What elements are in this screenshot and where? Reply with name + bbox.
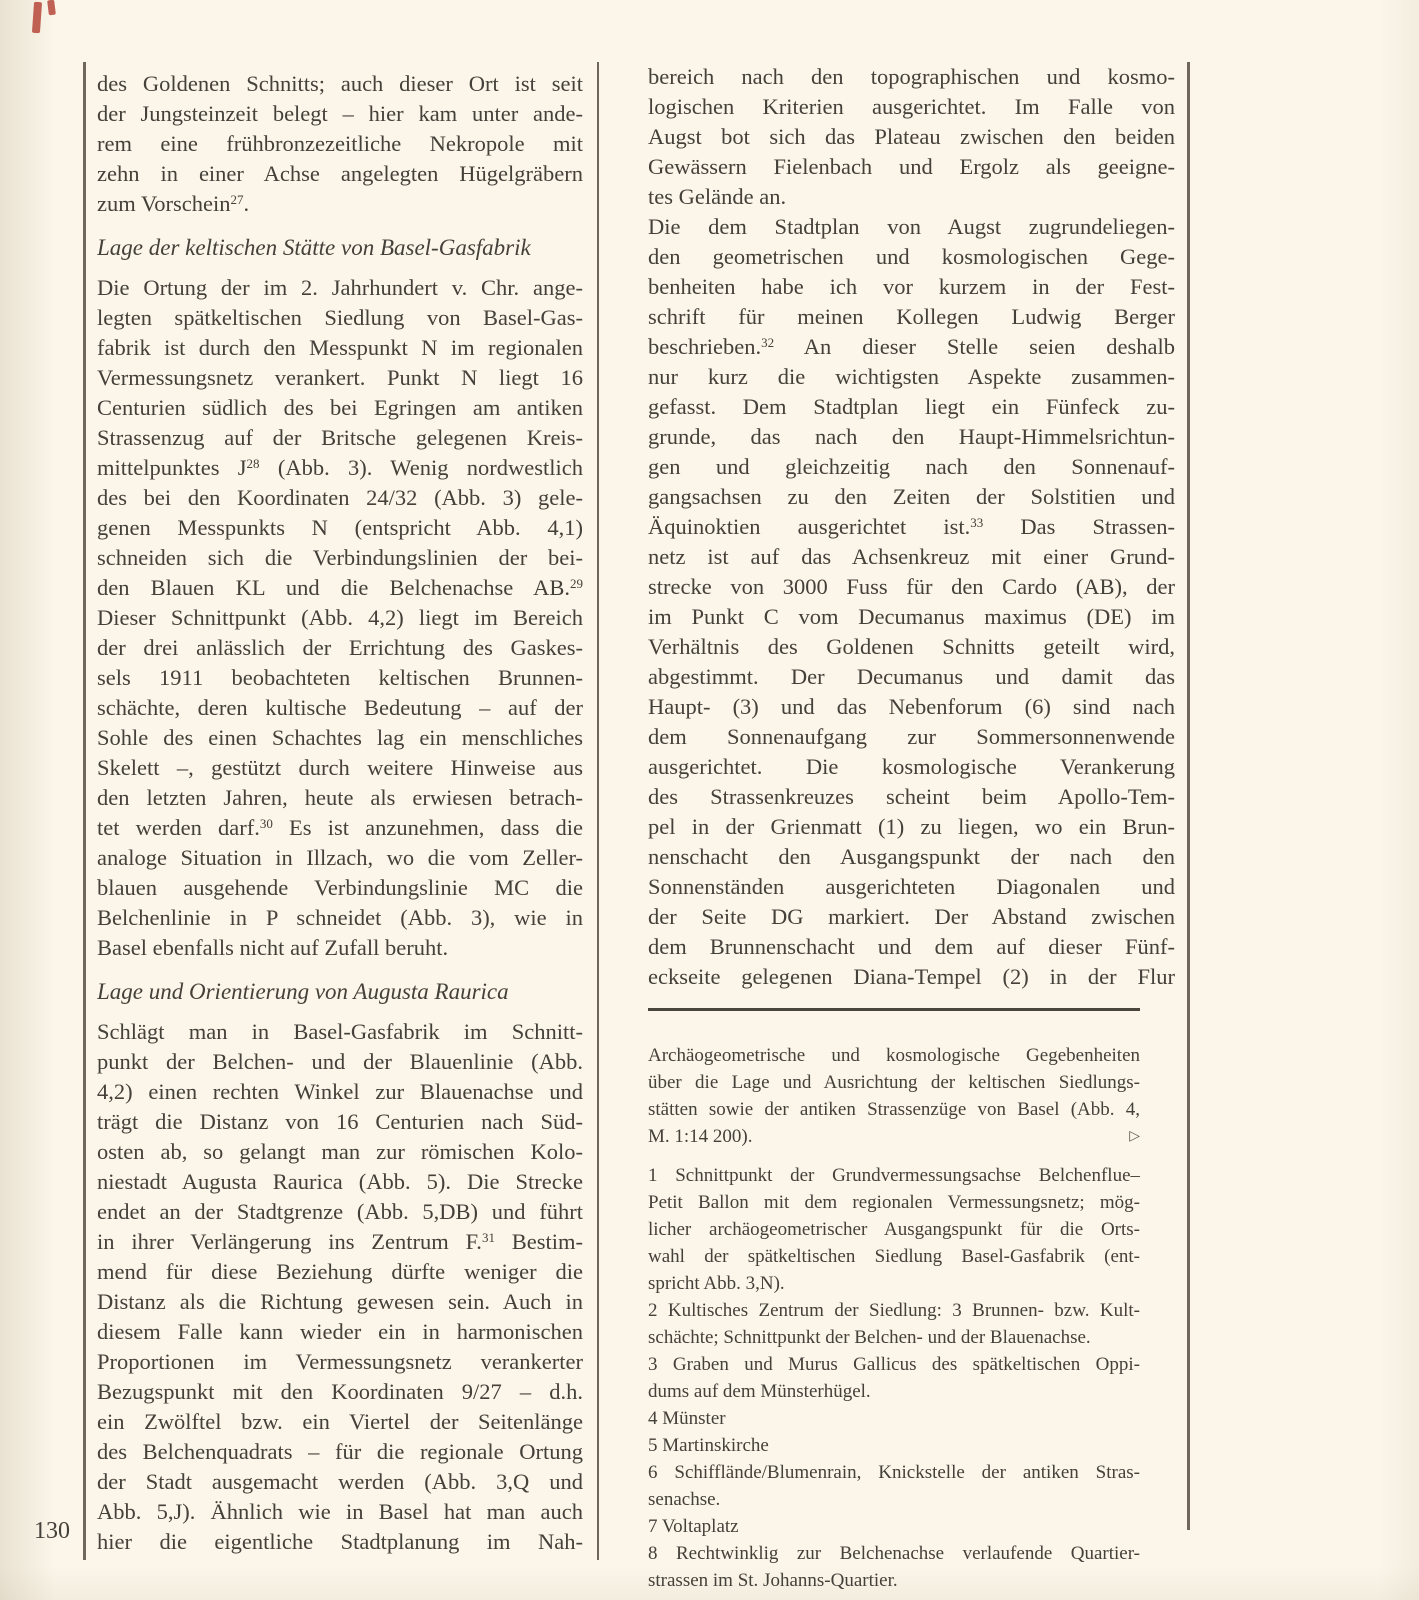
text-line: niestadt Augusta Raurica (Abb. 5). Die S… xyxy=(97,1167,583,1197)
left-margin-rule xyxy=(83,62,86,1560)
book-page: 130 des Goldenen Schnitts; auch dieser O… xyxy=(0,0,1419,1600)
text-line: spricht Abb. 3,N). xyxy=(648,1270,1140,1297)
text-line: genen Messpunkts N (entspricht Abb. 4,1) xyxy=(97,513,583,543)
text-line: Die Ortung der im 2. Jahrhundert v. Chr.… xyxy=(97,273,583,303)
figure-legend: 1 Schnittpunkt der Grundvermessungsachse… xyxy=(648,1162,1175,1594)
text-line: abgestimmt. Der Decumanus und damit das xyxy=(648,662,1175,692)
paragraph: Schlägt man in Basel-Gasfabrik im Schnit… xyxy=(97,1017,583,1557)
text-line: Proportionen im Vermessungsnetz veranker… xyxy=(97,1347,583,1377)
text-line: punkt der Belchen- und der Blauenlinie (… xyxy=(97,1047,583,1077)
text-line: endet an der Stadtgrenze (Abb. 5,DB) und… xyxy=(97,1197,583,1227)
red-pen-mark xyxy=(32,2,42,33)
text-line: 4 Münster xyxy=(648,1405,1140,1432)
text-line: Basel ebenfalls nicht auf Zufall beruht. xyxy=(97,933,583,963)
text-line: Schlägt man in Basel-Gasfabrik im Schnit… xyxy=(97,1017,583,1047)
text-line: tet werden darf.30 Es ist anzunehmen, da… xyxy=(97,813,583,843)
text-line: über die Lage und Ausrichtung der keltis… xyxy=(648,1069,1140,1096)
text-line: ▷M. 1:14 200). xyxy=(648,1123,1140,1150)
text-line: 7 Voltaplatz xyxy=(648,1513,1140,1540)
text-line: der Jungsteinzeit belegt – hier kam unte… xyxy=(97,99,583,129)
text-line: benheiten habe ich vor kurzem in der Fes… xyxy=(648,272,1175,302)
text-line: tes Gelände an. xyxy=(648,182,1175,212)
text-line: dums auf dem Münsterhügel. xyxy=(648,1378,1140,1405)
text-line: dem Sonnenaufgang zur Sommersonnenwende xyxy=(648,722,1175,752)
text-line: zum Vorschein27. xyxy=(97,189,583,219)
text-line: den Blauen KL und die Belchenachse AB.29 xyxy=(97,573,583,603)
paragraph: bereich nach den topographischen und kos… xyxy=(648,62,1175,212)
text-line: logischen Kriterien ausgerichtet. Im Fal… xyxy=(648,92,1175,122)
text-line: analoge Situation in Illzach, wo die vom… xyxy=(97,843,583,873)
text-line: den geometrischen und kosmologischen Geg… xyxy=(648,242,1175,272)
section-heading: Lage der keltischen Stätte von Basel-Gas… xyxy=(97,233,583,263)
text-line: nur kurz die wichtigsten Aspekte zusamme… xyxy=(648,362,1175,392)
paragraph: des Goldenen Schnitts; auch dieser Ort i… xyxy=(97,69,583,219)
text-line: gangsachsen zu den Zeiten der Solstitien… xyxy=(648,482,1175,512)
text-line: des bei den Koordinaten 24/32 (Abb. 3) g… xyxy=(97,483,583,513)
text-line: 8 Rechtwinklig zur Belchenachse verlaufe… xyxy=(648,1540,1140,1567)
text-line: Äquinoktien ausgerichtet ist.33 Das Stra… xyxy=(648,512,1175,542)
text-line: wahl der spätkeltischen Siedlung Basel-G… xyxy=(648,1243,1140,1270)
text-line: Lage der keltischen Stätte von Basel-Gas… xyxy=(97,233,583,263)
text-line: im Punkt C vom Decumanus maximus (DE) im xyxy=(648,602,1175,632)
text-line: 3 Graben und Murus Gallicus des spätkelt… xyxy=(648,1351,1140,1378)
text-line: trägt die Distanz von 16 Centurien nach … xyxy=(97,1107,583,1137)
text-line: rem eine frühbronzezeitliche Nekropole m… xyxy=(97,129,583,159)
right-margin-rule xyxy=(1187,62,1190,1530)
text-line: zehn in einer Achse angelegten Hügelgräb… xyxy=(97,159,583,189)
text-line: schneiden sich die Verbindungslinien der… xyxy=(97,543,583,573)
paragraph: Die dem Stadtplan von Augst zugrundelieg… xyxy=(648,212,1175,992)
text-line: Die dem Stadtplan von Augst zugrundelieg… xyxy=(648,212,1175,242)
text-line: 2 Kultisches Zentrum der Siedlung: 3 Bru… xyxy=(648,1297,1140,1324)
text-line: Sohle des einen Schachtes lag ein mensch… xyxy=(97,723,583,753)
figure-divider xyxy=(648,1008,1140,1011)
text-line: dem Brunnenschacht und dem auf dieser Fü… xyxy=(648,932,1175,962)
text-line: ausgerichtet. Die kosmologische Veranker… xyxy=(648,752,1175,782)
text-line: den letzten Jahren, heute als erwiesen b… xyxy=(97,783,583,813)
text-line: Abb. 5,J). Ähnlich wie in Basel hat man … xyxy=(97,1497,583,1527)
text-line: Gewässern Fielenbach und Ergolz als geei… xyxy=(648,152,1175,182)
red-pen-mark xyxy=(47,0,56,15)
text-line: schrift für meinen Kollegen Ludwig Berge… xyxy=(648,302,1175,332)
text-line: Belchenlinie in P schneidet (Abb. 3), wi… xyxy=(97,903,583,933)
text-line: Sonnenständen ausgerichteten Diagonalen … xyxy=(648,872,1175,902)
text-line: stätten sowie der antiken Strassenzüge v… xyxy=(648,1096,1140,1123)
text-line: Distanz als die Richtung gewesen sein. A… xyxy=(97,1287,583,1317)
text-line: grunde, das nach den Haupt-Himmelsrichtu… xyxy=(648,422,1175,452)
text-line: bereich nach den topographischen und kos… xyxy=(648,62,1175,92)
text-line: senachse. xyxy=(648,1486,1140,1513)
text-line: Vermessungsnetz verankert. Punkt N liegt… xyxy=(97,363,583,393)
text-line: Centurien südlich des bei Egringen am an… xyxy=(97,393,583,423)
text-line: des Strassenkreuzes scheint beim Apollo-… xyxy=(648,782,1175,812)
text-line: gefasst. Dem Stadtplan liegt ein Fünfeck… xyxy=(648,392,1175,422)
page-number: 130 xyxy=(24,1516,70,1546)
text-line: Haupt- (3) und das Nebenforum (6) sind n… xyxy=(648,692,1175,722)
paragraph: Die Ortung der im 2. Jahrhundert v. Chr.… xyxy=(97,273,583,963)
text-line: mittelpunktes J28 (Abb. 3). Wenig nordwe… xyxy=(97,453,583,483)
right-text-column: bereich nach den topographischen und kos… xyxy=(648,62,1175,1594)
text-line: der Seite DG markiert. Der Abstand zwisc… xyxy=(648,902,1175,932)
text-line: Archäogeometrische und kosmologische Geg… xyxy=(648,1042,1140,1069)
column-divider-rule xyxy=(597,62,599,1560)
text-line: hier die eigentliche Stadtplanung im Nah… xyxy=(97,1527,583,1557)
text-line: Bezugspunkt mit den Koordinaten 9/27 – d… xyxy=(97,1377,583,1407)
text-line: diesem Falle kann wieder ein in harmonis… xyxy=(97,1317,583,1347)
figure-caption: Archäogeometrische und kosmologische Geg… xyxy=(648,1042,1175,1150)
text-line: Dieser Schnittpunkt (Abb. 4,2) liegt im … xyxy=(97,603,583,633)
text-line: Lage und Orientierung von Augusta Rauric… xyxy=(97,977,583,1007)
text-line: 5 Martinskirche xyxy=(648,1432,1140,1459)
text-line: mend für diese Beziehung dürfte weniger … xyxy=(97,1257,583,1287)
text-line: 1 Schnittpunkt der Grundvermessungsachse… xyxy=(648,1162,1140,1189)
text-line: Augst bot sich das Plateau zwischen den … xyxy=(648,122,1175,152)
text-line: licher archäogeometrischer Ausgangspunkt… xyxy=(648,1216,1140,1243)
text-line: der Stadt ausgemacht werden (Abb. 3,Q un… xyxy=(97,1467,583,1497)
text-line: gen und gleichzeitig nach den Sonnenauf- xyxy=(648,452,1175,482)
text-line: sels 1911 beobachteten keltischen Brunne… xyxy=(97,663,583,693)
text-line: Skelett –, gestützt durch weitere Hinwei… xyxy=(97,753,583,783)
text-line: nenschacht den Ausgangspunkt der nach de… xyxy=(648,842,1175,872)
text-line: blauen ausgehende Verbindungslinie MC di… xyxy=(97,873,583,903)
text-line: Strassenzug auf der Britsche gelegenen K… xyxy=(97,423,583,453)
caption-continuation-triangle: ▷ xyxy=(1129,1123,1140,1150)
text-line: beschrieben.32 An dieser Stelle seien de… xyxy=(648,332,1175,362)
text-line: schächte; Schnittpunkt der Belchen- und … xyxy=(648,1324,1140,1351)
text-line: legten spätkeltischen Siedlung von Basel… xyxy=(97,303,583,333)
text-line: des Goldenen Schnitts; auch dieser Ort i… xyxy=(97,69,583,99)
section-heading: Lage und Orientierung von Augusta Rauric… xyxy=(97,977,583,1007)
text-line: 6 Schifflände/Blumenrain, Knickstelle de… xyxy=(648,1459,1140,1486)
left-text-column: des Goldenen Schnitts; auch dieser Ort i… xyxy=(97,62,583,1557)
text-line: strassen im St. Johanns-Quartier. xyxy=(648,1567,1140,1594)
text-line: osten ab, so gelangt man zur römischen K… xyxy=(97,1137,583,1167)
text-line: der drei anlässlich der Errichtung des G… xyxy=(97,633,583,663)
text-line: 4,2) einen rechten Winkel zur Blauenachs… xyxy=(97,1077,583,1107)
text-line: ein Zwölftel bzw. ein Viertel der Seiten… xyxy=(97,1407,583,1437)
text-line: in ihrer Verlängerung ins Zentrum F.31 B… xyxy=(97,1227,583,1257)
text-line: des Belchenquadrats – für die regionale … xyxy=(97,1437,583,1467)
text-line: Petit Ballon mit dem regionalen Vermessu… xyxy=(648,1189,1140,1216)
text-line: netz ist auf das Achsenkreuz mit einer G… xyxy=(648,542,1175,572)
text-line: schächte, deren kultische Bedeutung – au… xyxy=(97,693,583,723)
text-line: eckseite gelegenen Diana-Tempel (2) in d… xyxy=(648,962,1175,992)
text-line: Verhältnis des Goldenen Schnitts geteilt… xyxy=(648,632,1175,662)
text-line: pel in der Grienmatt (1) zu liegen, wo e… xyxy=(648,812,1175,842)
text-line: fabrik ist durch den Messpunkt N im regi… xyxy=(97,333,583,363)
text-line: strecke von 3000 Fuss für den Cardo (AB)… xyxy=(648,572,1175,602)
